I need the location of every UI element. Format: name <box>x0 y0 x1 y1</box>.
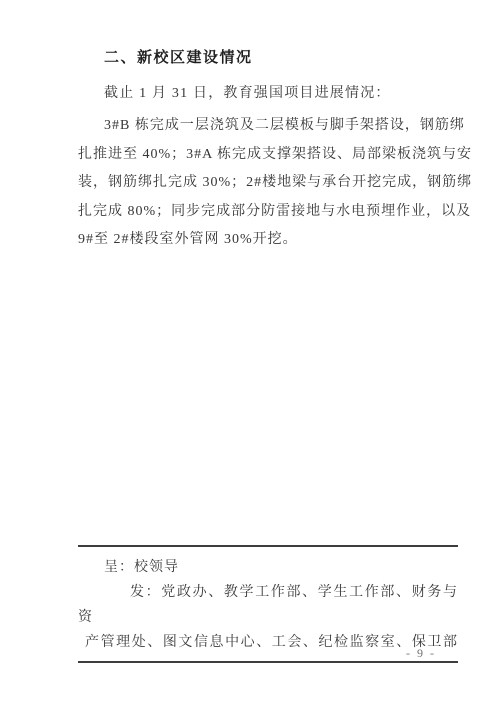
intro-paragraph: 截止 1 月 31 日，教育强国项目进展情况： <box>78 84 458 104</box>
section-heading: 二、新校区建设情况 <box>78 48 458 68</box>
distribute-to-line: 发：党政办、教学工作部、学生工作部、财务与资 <box>78 580 458 630</box>
page-number: - 9 - <box>406 646 436 661</box>
body-paragraph-line: 9#至 2#楼段室外管网 30%开挖。 <box>78 226 458 255</box>
submit-to-line: 呈：校领导 <box>78 555 458 580</box>
body-paragraph-line: 装，钢筋绑扎完成 30%；2#楼地梁与承台开挖完成，钢筋绑 <box>78 169 458 198</box>
body-paragraph-line: 3#B 栋完成一层浇筑及二层模板与脚手架搭设，钢筋绑 <box>78 112 458 141</box>
body-paragraph-line: 扎完成 80%；同步完成部分防雷接地与水电预埋作业，以及 <box>78 198 458 227</box>
distribute-to-line: 产管理处、图文信息中心、工会、纪检监察室、保卫部 <box>78 630 458 655</box>
document-page: 二、新校区建设情况 截止 1 月 31 日，教育强国项目进展情况： 3#B 栋完… <box>0 0 500 707</box>
body-paragraph: 3#B 栋完成一层浇筑及二层模板与脚手架搭设，钢筋绑 扎推进至 40%；3#A … <box>78 112 458 255</box>
distribution-block: 呈：校领导 发：党政办、教学工作部、学生工作部、财务与资 产管理处、图文信息中心… <box>78 545 458 663</box>
body-paragraph-line: 扎推进至 40%；3#A 栋完成支撑架搭设、局部梁板浇筑与安 <box>78 141 458 170</box>
